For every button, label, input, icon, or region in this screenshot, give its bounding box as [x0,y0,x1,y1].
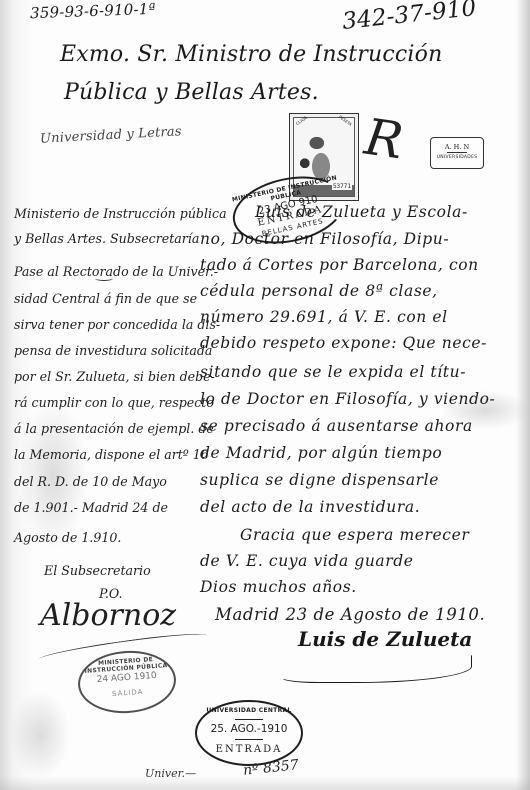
letter-line: sitando que se le expida el títu- [200,363,466,381]
paper-smudge [10,690,70,780]
signature-flourish [280,655,472,683]
stamp-rule [235,739,263,740]
letter-line: debido respeto expone: Que nece- [200,334,487,352]
stamp-word: ENTRADA [197,744,301,755]
stamp-date: 25. AGO.-1910 [197,723,301,735]
archive-stamp: A. H. N UNIVERSIDADES [430,137,484,169]
subsecretario-signature: Albornoz [40,598,176,633]
letter-line: no, Doctor en Filosofía, Dipu- [200,230,449,248]
letter-line: tado á Cortes por Barcelona, con [200,256,479,274]
letter-line: de Madrid, por algún tiempo [200,444,442,462]
margin-note: Universidad y Letras [40,124,182,146]
underline-mark [95,276,113,281]
decree-line: sidad Central á fin de que se [14,291,197,306]
archive-stamp-subtitle: UNIVERSIDADES [431,155,483,160]
decree-line: de 1.901.- Madrid 24 de [14,500,168,515]
decree-line: del R. D. de 10 de Mayo [14,474,167,489]
decree-line: por el Sr. Zulueta, si bien debe- [14,369,215,384]
decree-line: á la presentación de ejempl. de [14,421,214,436]
decree-line: rá cumplir con lo que, respecto [14,395,214,410]
decree-line: Pase al Rectorado de la Univer.- [14,264,218,279]
reference-number-top-right: 342-37-910 [341,0,478,35]
letter-line: lo de Doctor en Filosofía, y viendo- [200,390,495,408]
stamp-rule [235,719,263,720]
archive-stamp-rule [447,152,467,153]
decree-line: Ministerio de Instrucción pública [14,206,227,221]
scanned-document-page: 359-93-6-910-1ª 342-37-910 Exmo. Sr. Min… [0,0,530,790]
letter-line: Luis de Zulueta y Escola- [255,203,468,221]
decree-line: Agosto de 1.910. [14,530,121,545]
letter-line: Gracia que espera merecer [240,526,469,544]
letter-line: se precisado á ausentarse ahora [200,417,473,435]
letter-line: Dios muchos años. [200,578,357,596]
scan-shadow-right [516,0,530,790]
decree-closing: El Subsecretario [44,563,151,578]
decree-line: la Memoria, dispone el artº 16 [14,447,209,462]
letter-line: del acto de la investidura. [200,498,420,516]
decree-line: sirva tener por concedida la dis- [14,317,220,332]
letter-date-line: Madrid 23 de Agosto de 1910. [215,605,485,624]
reference-number-top-left: 359-93-6-910-1ª [30,0,156,22]
letter-line: cédula personal de 8ª clase, [200,282,438,300]
letter-line: suplica se digne dispensarle [200,471,439,489]
decree-line: pensa de investidura solicitada [14,343,212,358]
bottom-note: Univer.— [145,767,196,780]
archive-stamp-title: A. H. N [431,143,483,151]
addressee-line-1: Exmo. Sr. Ministro de Instrucción [60,42,442,67]
rubric-mark: R [361,108,406,171]
scan-shadow-bottom [0,776,530,790]
stamp-subtext: SALIDA [81,686,175,701]
stamp-arc-text: UNIVERSIDAD CENTRAL [197,707,301,714]
zulueta-signature: Luis de Zulueta [298,627,472,651]
university-entry-stamp: UNIVERSIDAD CENTRAL 25. AGO.-1910 ENTRAD… [195,700,303,766]
addressee-line-2: Pública y Bellas Artes. [64,80,319,105]
decree-line: y Bellas Artes. Subsecretaría [14,231,199,246]
letter-line: número 29.691, á V. E. con el [200,308,448,326]
letter-line: de V. E. cuya vida guarde [200,552,414,570]
